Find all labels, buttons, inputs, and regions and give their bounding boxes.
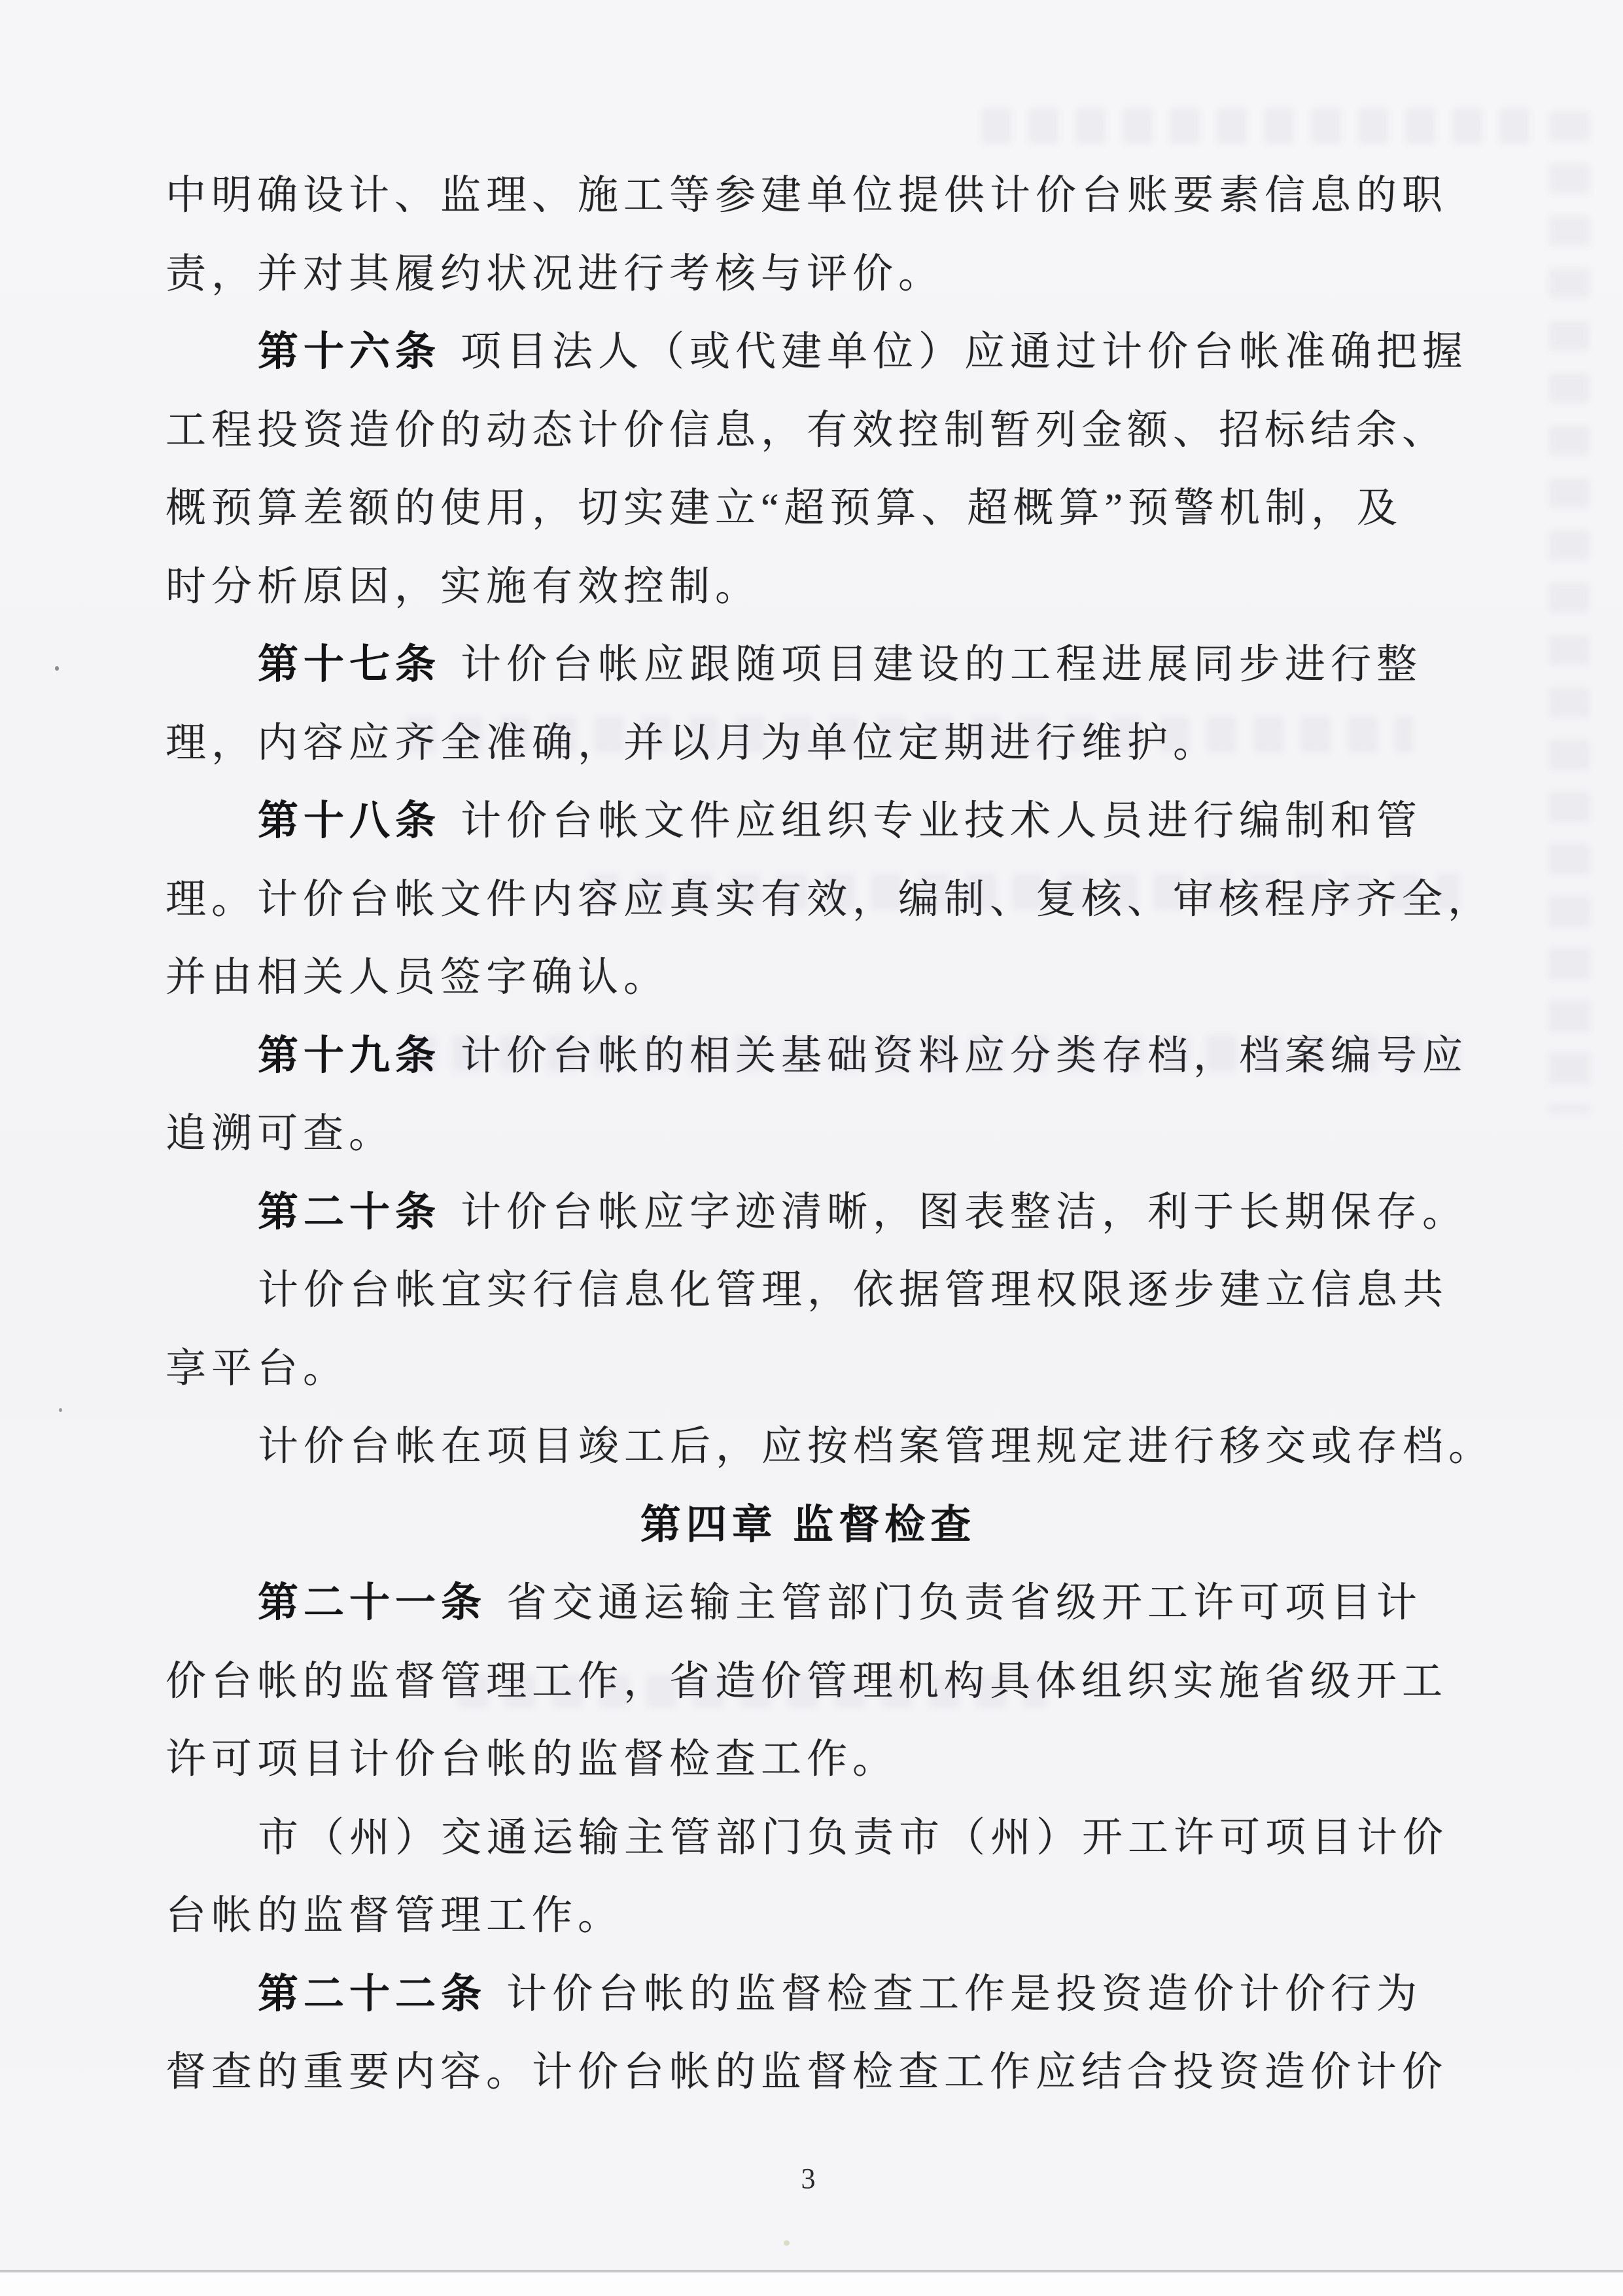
body-line: 第十六条项目法人（或代建单位）应通过计价台帐准确把握 (166, 313, 1451, 392)
page-number: 3 (166, 2159, 1451, 2199)
body-line: 计价台帐宜实行信息化管理，依据管理权限逐步建立信息共 (166, 1252, 1451, 1330)
article-number: 第二十二条 (258, 1972, 487, 2017)
line-text: 责，并对其履约状况进行考核与评价。 (166, 252, 944, 296)
body-line: 第二十一条省交通运输主管部门负责省级开工许可项目计 (166, 1564, 1451, 1643)
line-text: 计价台帐宜实行信息化管理，依据管理权限逐步建立信息共 (258, 1268, 1448, 1313)
bleed-through-artifact (981, 108, 1544, 144)
article-number: 第十六条 (258, 330, 441, 374)
line-text: 项目法人（或代建单位）应通过计价台帐准确把握 (461, 330, 1468, 374)
body-line: 第十九条计价台帐的相关基础资料应分类存档，档案编号应 (166, 1017, 1451, 1096)
body-line: 台帐的监督管理工作。 (166, 1877, 1451, 1956)
bleed-through-artifact (1549, 111, 1590, 1112)
line-text: 时分析原因，实施有效控制。 (166, 565, 761, 609)
article-number: 第十七条 (258, 643, 441, 687)
body-line: 价台帐的监督管理工作，省造价管理机构具体组织实施省级开工 (166, 1643, 1451, 1722)
line-text: 理。计价台帐文件内容应真实有效，编制、复核、审核程序齐全， (166, 877, 1493, 922)
paper-edge-white (0, 2272, 1623, 2296)
line-text: 许可项目计价台帐的监督检查工作。 (166, 1737, 898, 1782)
body-line: 时分析原因，实施有效控制。 (166, 548, 1451, 627)
line-text: 价台帐的监督管理工作，省造价管理机构具体组织实施省级开工 (166, 1659, 1448, 1704)
body-line: 市（州）交通运输主管部门负责市（州）开工许可项目计价 (166, 1799, 1451, 1878)
line-text: 享平台。 (166, 1347, 349, 1391)
line-text: 理，内容应齐全准确，并以月为单位定期进行维护。 (166, 721, 1219, 766)
article-number: 第二十一条 (258, 1581, 487, 1625)
body-line: 计价台帐在项目竣工后，应按档案管理规定进行移交或存档。 (166, 1408, 1451, 1487)
body-line: 第十七条计价台帐应跟随项目建设的工程进展同步进行整 (166, 626, 1451, 705)
scan-page: { "page": { "number": "3", "paper_color"… (0, 0, 1623, 2296)
body-line: 理。计价台帐文件内容应真实有效，编制、复核、审核程序齐全， (166, 861, 1451, 940)
body-line: 工程投资造价的动态计价信息，有效控制暂列金额、招标结余、 (166, 392, 1451, 470)
line-text: 工程投资造价的动态计价信息，有效控制暂列金额、招标结余、 (166, 408, 1448, 453)
line-text: 台帐的监督管理工作。 (166, 1894, 623, 1938)
body-line: 并由相关人员签字确认。 (166, 939, 1451, 1017)
scan-speck (55, 666, 59, 671)
line-text: 计价台帐的相关基础资料应分类存档，档案编号应 (461, 1034, 1468, 1078)
article-number: 第十八条 (258, 799, 441, 843)
line-text: 并由相关人员签字确认。 (166, 955, 669, 1000)
body-line: 中明确设计、监理、施工等参建单位提供计价台账要素信息的职 (166, 157, 1451, 236)
line-text: 省交通运输主管部门负责省级开工许可项目计 (506, 1581, 1422, 1625)
line-text: 市（州）交通运输主管部门负责市（州）开工许可项目计价 (258, 1816, 1448, 1860)
body-line: 责，并对其履约状况进行考核与评价。 (166, 236, 1451, 314)
line-text: 计价台帐应字迹清晰，图表整洁，利于长期保存。 (461, 1190, 1468, 1235)
scan-speck (59, 1408, 62, 1412)
body-line: 概预算差额的使用，切实建立“超预算、超概算”预警机制，及 (166, 470, 1451, 548)
line-text: 计价台帐的监督检查工作是投资造价计价行为 (506, 1972, 1422, 2017)
line-text: 督查的重要内容。计价台帐的监督检查工作应结合投资造价计价 (166, 2050, 1448, 2094)
body-line: 第十八条计价台帐文件应组织专业技术人员进行编制和管 (166, 783, 1451, 861)
line-text: 中明确设计、监理、施工等参建单位提供计价台账要素信息的职 (166, 173, 1448, 218)
line-text: 计价台帐在项目竣工后，应按档案管理规定进行移交或存档。 (258, 1424, 1494, 1469)
body-line: 第二十条计价台帐应字迹清晰，图表整洁，利于长期保存。 (166, 1174, 1451, 1252)
body-line: 追溯可查。 (166, 1095, 1451, 1174)
scan-speck (784, 2240, 790, 2246)
line-text: 计价台帐文件应组织专业技术人员进行编制和管 (461, 799, 1422, 843)
line-text: 概预算差额的使用，切实建立“超预算、超概算”预警机制，及 (166, 486, 1403, 531)
article-number: 第十九条 (258, 1034, 441, 1078)
line-text: 计价台帐应跟随项目建设的工程进展同步进行整 (461, 643, 1422, 687)
article-number: 第二十条 (258, 1190, 441, 1235)
text-column: 中明确设计、监理、施工等参建单位提供计价台账要素信息的职 责，并对其履约状况进行… (166, 157, 1451, 2112)
body-line: 理，内容应齐全准确，并以月为单位定期进行维护。 (166, 705, 1451, 783)
line-text: 追溯可查。 (166, 1112, 394, 1156)
chapter-heading: 第四章 监督检查 (166, 1487, 1451, 1565)
body-line: 督查的重要内容。计价台帐的监督检查工作应结合投资造价计价 (166, 2034, 1451, 2112)
body-line: 享平台。 (166, 1330, 1451, 1409)
body-line: 许可项目计价台帐的监督检查工作。 (166, 1721, 1451, 1799)
body-line: 第二十二条计价台帐的监督检查工作是投资造价计价行为 (166, 1956, 1451, 2034)
